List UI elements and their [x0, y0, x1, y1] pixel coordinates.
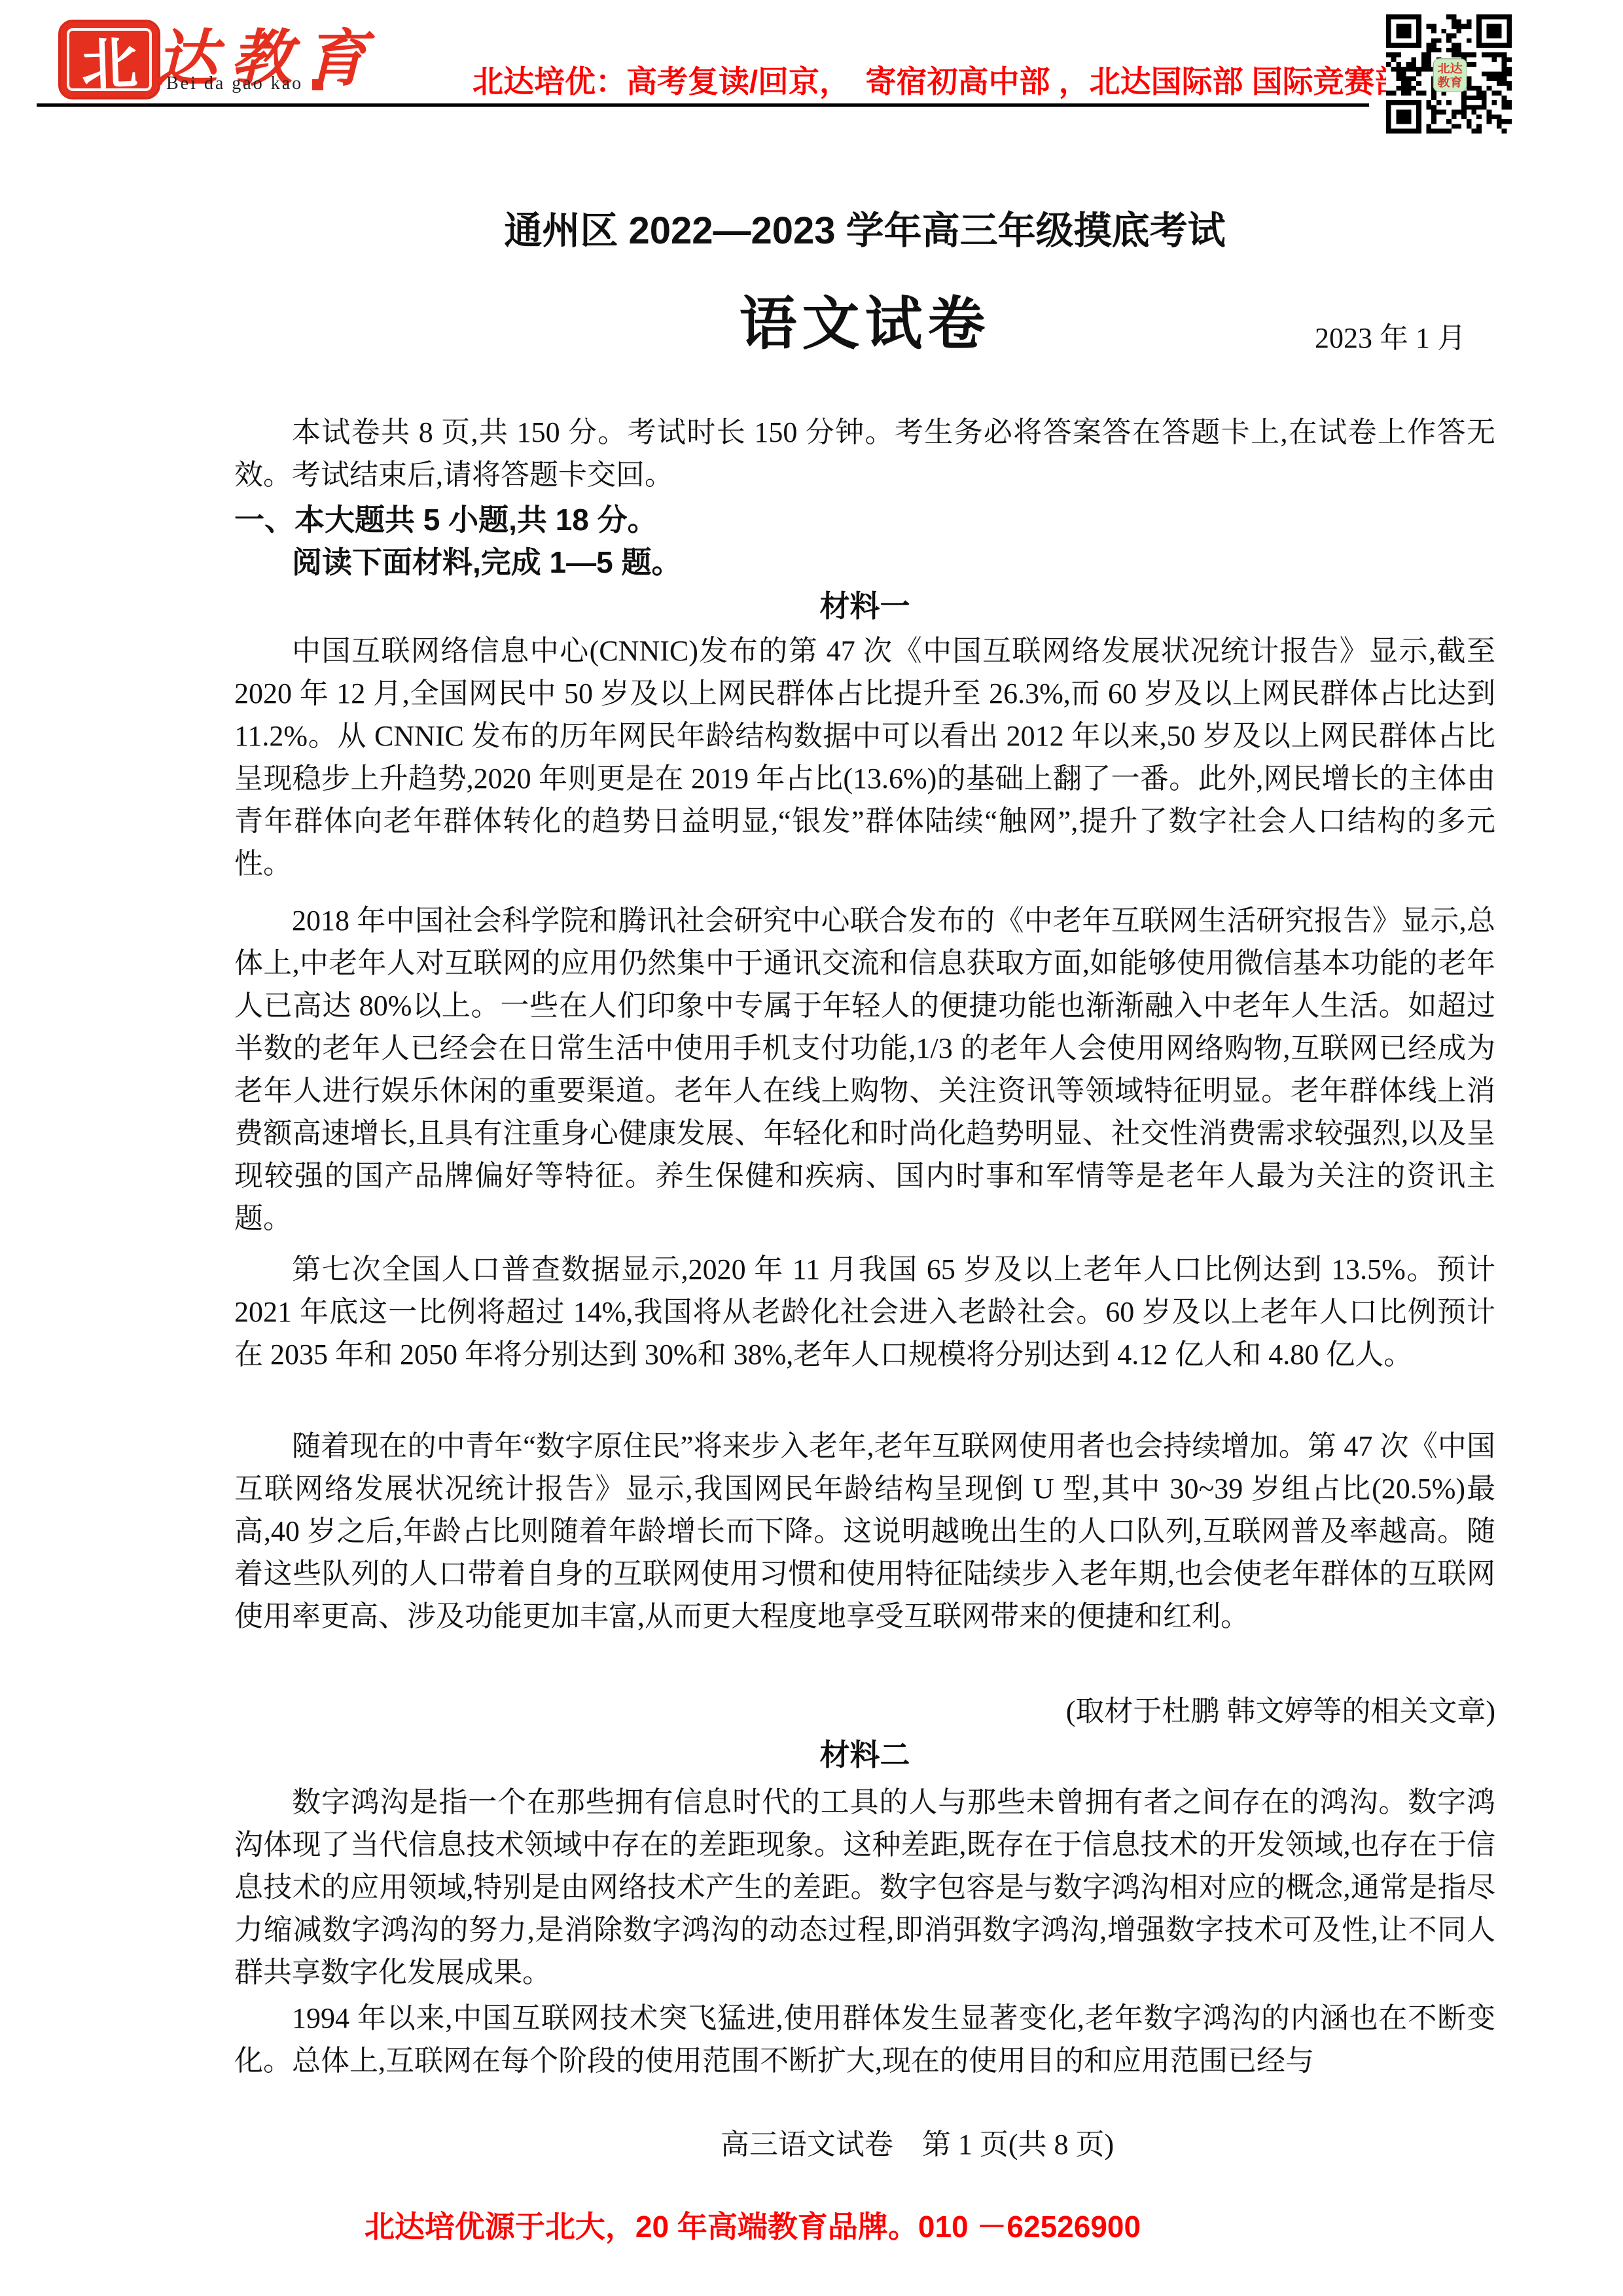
material-2-label: 材料二: [234, 1734, 1495, 1776]
qr-code: 北达教育: [1386, 14, 1512, 134]
seal-character: 北: [80, 18, 139, 101]
section-subheading: 阅读下面材料,完成 1—5 题。: [234, 541, 1495, 584]
exam-paper-page: { "brand": { "seal_char": "北", "logo_scr…: [0, 0, 1623, 2296]
material-1-paragraph: 随着现在的中青年“数字原住民”将来步入老年,老年互联网使用者也会持续增加。第 4…: [234, 1425, 1495, 1638]
header-banner-text: 北达培优：高考复读/回京， 寄宿初高中部 ，北达国际部 国际竞赛部: [473, 65, 1382, 99]
material-1-paragraph: 中国互联网络信息中心(CNNIC)发布的第 47 次《中国互联网络发展状况统计报…: [234, 630, 1495, 885]
page-number-footer: 高三语文试卷 第 1 页(共 8 页): [287, 2123, 1548, 2166]
subject-title: 语文试卷: [234, 295, 1495, 356]
exam-date: 2023 年 1 月: [1315, 323, 1466, 354]
brand-logo-subtitle-text: Bei da gao kao: [166, 73, 303, 94]
svg-text:北达: 北达: [1437, 62, 1463, 75]
red-square-icon: [312, 79, 323, 90]
material-2-paragraph: 1994 年以来,中国互联网技术突飞猛进,使用群体发生显著变化,老年数字鸿沟的内…: [234, 1997, 1495, 2082]
exam-title: 通州区 2022—2023 学年高三年级摸底考试: [234, 211, 1495, 251]
material-1-paragraph: 第七次全国人口普查数据显示,2020 年 11 月我国 65 岁及以上老年人口比…: [234, 1248, 1495, 1376]
exam-instructions: 本试卷共 8 页,共 150 分。考试时长 150 分钟。考生务必将答案答在答题…: [234, 411, 1495, 496]
material-1-label: 材料一: [234, 585, 1495, 628]
footer-promo-text: 北达培优源于北大，20 年高端教育品牌。010 －62526900: [0, 2210, 1505, 2243]
brand-logo-subtitle: Bei da gao kao: [166, 73, 323, 94]
section-heading: 一、本大题共 5 小题,共 18 分。: [234, 499, 1495, 541]
header-divider: [37, 103, 1369, 107]
material-2-paragraph: 数字鸿沟是指一个在那些拥有信息时代的工具的人与那些未曾拥有者之间存在的鸿沟。数字…: [234, 1781, 1495, 1994]
material-1-paragraph: 2018 年中国社会科学院和腾讯社会研究中心联合发布的《中老年互联网生活研究报告…: [234, 899, 1495, 1240]
material-1-attribution: (取材于杜鹏 韩文婷等的相关文章): [234, 1690, 1522, 1732]
svg-text:教育: 教育: [1436, 75, 1463, 89]
brand-seal-logo: 北: [58, 20, 160, 99]
